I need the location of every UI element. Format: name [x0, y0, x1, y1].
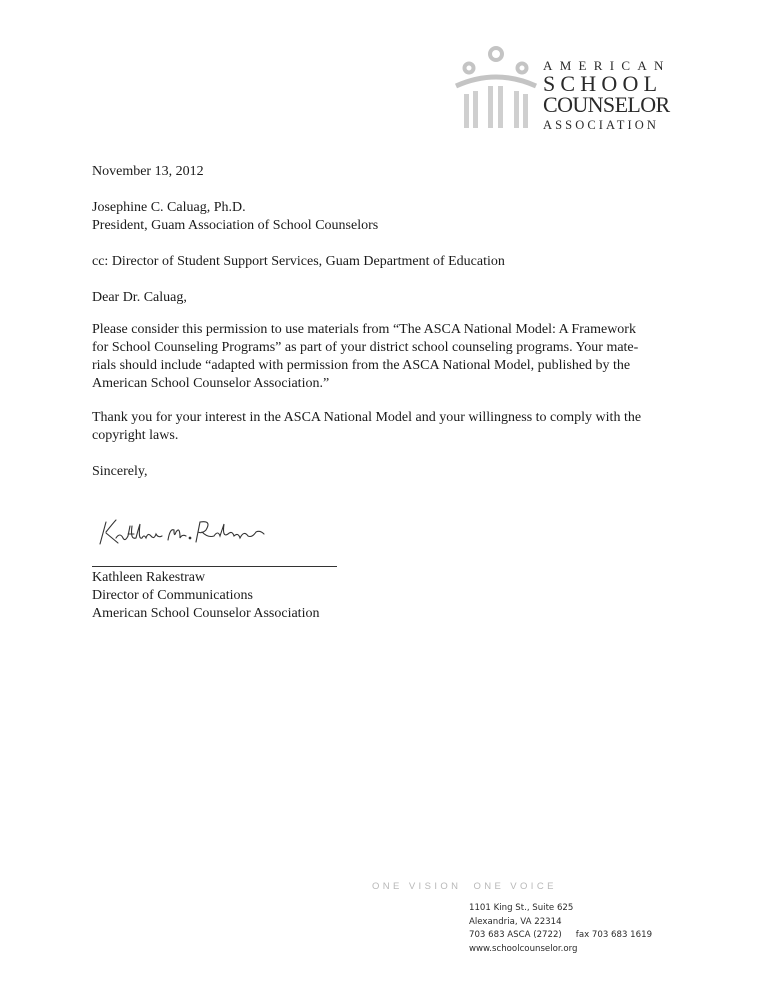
- asca-logo-icon: [452, 42, 540, 134]
- tagline-part: ONE VOICE: [473, 881, 556, 892]
- address-line-1: 1101 King St., Suite 625: [469, 902, 652, 916]
- paragraph-line: Please consider this permission to use m…: [92, 321, 636, 339]
- recipient-title: President, Guam Association of School Co…: [92, 217, 378, 235]
- logo-line-counselor: COUNSELOR: [543, 94, 683, 115]
- phone-number: 703 683 ASCA (2722): [469, 930, 562, 940]
- logo-line-association: ASSOCIATION: [543, 117, 683, 133]
- footer-address: 1101 King St., Suite 625 Alexandria, VA …: [469, 902, 652, 957]
- paragraph-line: rials should include “adapted with permi…: [92, 357, 630, 375]
- contact-numbers: 703 683 ASCA (2722)fax 703 683 1619: [469, 929, 652, 943]
- signature-line: [92, 566, 337, 567]
- paragraph-line: Thank you for your interest in the ASCA …: [92, 409, 641, 427]
- paragraph-line: copyright laws.: [92, 427, 178, 445]
- paragraph-line: for School Counseling Programs” as part …: [92, 339, 638, 357]
- logo-line-school: SCHOOL: [543, 74, 683, 94]
- handwritten-signature: [96, 516, 266, 555]
- website: www.schoolcounselor.org: [469, 943, 652, 957]
- asca-logo-wordmark: AMERICAN SCHOOL COUNSELOR ASSOCIATION: [543, 58, 683, 133]
- recipient-name: Josephine C. Caluag, Ph.D.: [92, 199, 246, 217]
- fax-number: fax 703 683 1619: [576, 930, 652, 940]
- cc-line: cc: Director of Student Support Services…: [92, 253, 505, 271]
- address-line-2: Alexandria, VA 22314: [469, 916, 652, 930]
- paragraph-line: American School Counselor Association.”: [92, 375, 329, 393]
- salutation: Dear Dr. Caluag,: [92, 289, 187, 307]
- footer-tagline: ONE VISIONONE VOICE: [372, 881, 569, 892]
- closing: Sincerely,: [92, 463, 147, 481]
- signer-name: Kathleen Rakestraw: [92, 569, 205, 587]
- signer-title: Director of Communications: [92, 587, 253, 605]
- letter-date: November 13, 2012: [92, 163, 204, 181]
- signer-organization: American School Counselor Association: [92, 605, 319, 623]
- tagline-part: ONE VISION: [372, 881, 461, 892]
